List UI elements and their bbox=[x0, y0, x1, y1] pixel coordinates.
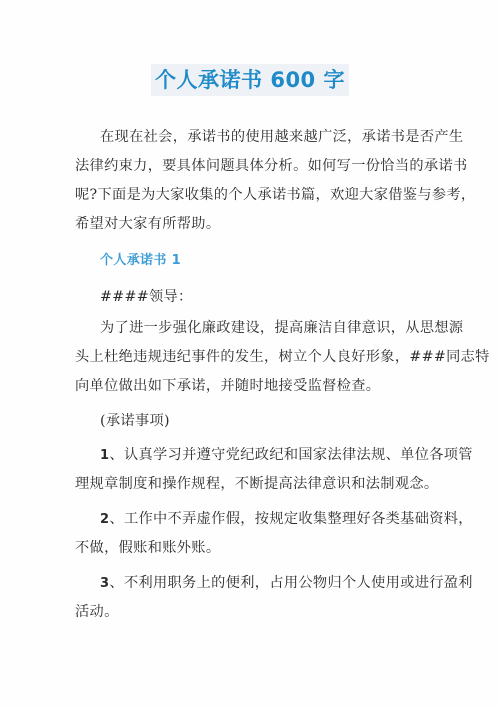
item-line: 1、认真学习并遵守党纪政纪和国家法律法规、单位各项管 bbox=[100, 445, 460, 466]
intro-line: 希望对大家有所帮助。 bbox=[75, 214, 435, 234]
section-heading: 个人承诺书 1 bbox=[100, 251, 460, 271]
body-line: 向单位做出如下承诺，并随时地接受监督检查。 bbox=[75, 376, 435, 396]
item-number: 1 bbox=[100, 448, 109, 463]
item-number: 3 bbox=[100, 576, 109, 591]
item-line: 活动。 bbox=[75, 602, 435, 622]
salutation: ####领导： bbox=[100, 287, 460, 307]
item-text: 、认真学习并遵守党纪政纪和国家法律法规、单位各项管 bbox=[109, 447, 472, 463]
item-line: 不做，假账和账外账。 bbox=[75, 538, 435, 558]
body-line: 为了进一步强化廉政建设，提高廉洁自律意识，从思想源 bbox=[100, 318, 460, 338]
intro-line: 呢?下面是为大家收集的个人承诺书篇，欢迎大家借鉴与参考， bbox=[75, 185, 435, 205]
intro-line: 法律约束力，要具体问题具体分析。如何写一份恰当的承诺书 bbox=[75, 156, 435, 176]
item-line: 理规章制度和操作规程，不断提高法律意识和法制观念。 bbox=[75, 474, 435, 494]
title-container: 个人承诺书 600 字 bbox=[0, 64, 500, 96]
body-line: 头上杜绝违规违纪事件的发生，树立个人良好形象，###同志特 bbox=[75, 347, 435, 367]
item-text: 、工作中不弄虚作假，按规定收集整理好各类基础资料， bbox=[109, 511, 472, 527]
page-title: 个人承诺书 600 字 bbox=[151, 64, 349, 96]
item-text: 、不利用职务上的便利，占用公物归个人使用或进行盈利 bbox=[109, 575, 472, 591]
item-line: 3、不利用职务上的便利，占用公物归个人使用或进行盈利 bbox=[100, 573, 460, 594]
item-line: 2、工作中不弄虚作假，按规定收集整理好各类基础资料， bbox=[100, 509, 460, 530]
items-label: (承诺事项) bbox=[100, 411, 460, 431]
intro-line: 在现在社会，承诺书的使用越来越广泛，承诺书是否产生 bbox=[100, 127, 460, 147]
item-number: 2 bbox=[100, 512, 109, 527]
